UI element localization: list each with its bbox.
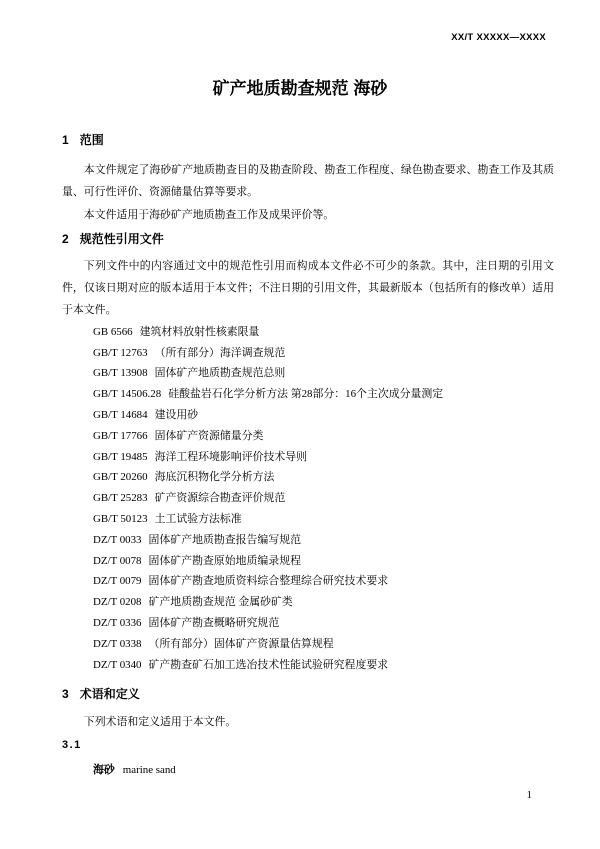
reference-title: 建筑材料放射性核素限量 xyxy=(140,326,260,338)
reference-item: GB/T 14684建设用砂 xyxy=(93,405,554,426)
section-2-heading: 2规范性引用文件 xyxy=(62,232,554,247)
reference-item: GB/T 12763（所有部分）海洋调查规范 xyxy=(93,343,554,364)
reference-item: GB/T 50123土工试验方法标准 xyxy=(93,509,554,530)
reference-code: GB 6566 xyxy=(93,326,133,338)
document-body: 1范围 本文件规定了海砂矿产地质勘查目的及勘查阶段、勘查工作程度、绿色勘查要求、… xyxy=(62,130,554,781)
reference-code: GB/T 12763 xyxy=(93,347,148,359)
reference-item: GB/T 14506.28硅酸盐岩石化学分析方法 第28部分：16个主次成分量测… xyxy=(93,384,554,405)
reference-title: 矿产资源综合勘查评价规范 xyxy=(155,492,286,504)
reference-item: DZ/T 0208矿产地质勘查规范 金属砂矿类 xyxy=(93,592,554,613)
section-1-heading: 1范围 xyxy=(62,133,554,148)
reference-code: GB/T 14506.28 xyxy=(93,388,161,400)
references-intro-paragraph: 下列文件中的内容通过文中的规范性引用而构成本文件必不可少的条款。其中，注日期的引… xyxy=(62,255,554,322)
reference-title: 硅酸盐岩石化学分析方法 第28部分：16个主次成分量测定 xyxy=(168,388,443,400)
reference-title: 海底沉积物化学分析方法 xyxy=(155,471,275,483)
page-number: 1 xyxy=(527,789,533,802)
reference-title: 矿产勘查矿石加工选冶技术性能试验研究程度要求 xyxy=(149,659,389,671)
term-name-en: marine sand xyxy=(123,764,176,776)
reference-title: 土工试验方法标准 xyxy=(155,513,242,525)
reference-code: GB/T 50123 xyxy=(93,513,148,525)
reference-code: DZ/T 0078 xyxy=(93,555,142,567)
reference-item: DZ/T 0338（所有部分）固体矿产资源量估算规程 xyxy=(93,634,554,655)
reference-item: GB/T 17766固体矿产资源储量分类 xyxy=(93,426,554,447)
section-title: 术语和定义 xyxy=(80,687,140,701)
reference-code: DZ/T 0033 xyxy=(93,534,142,546)
reference-list: GB 6566建筑材料放射性核素限量GB/T 12763（所有部分）海洋调查规范… xyxy=(62,322,554,676)
reference-code: DZ/T 0338 xyxy=(93,638,142,650)
reference-code: GB/T 20260 xyxy=(93,471,148,483)
reference-title: 固体矿产勘查原始地质编录规程 xyxy=(149,555,301,567)
reference-code: DZ/T 0079 xyxy=(93,575,142,587)
section-title: 范围 xyxy=(80,133,104,147)
reference-code: GB/T 25283 xyxy=(93,492,148,504)
reference-item: DZ/T 0078固体矿产勘查原始地质编录规程 xyxy=(93,551,554,572)
standard-code-header: XX/T XXXXX—XXXX xyxy=(451,32,546,43)
reference-code: DZ/T 0340 xyxy=(93,659,142,671)
section-number: 1 xyxy=(62,133,69,147)
reference-code: DZ/T 0336 xyxy=(93,617,142,629)
section-3-heading: 3术语和定义 xyxy=(62,687,554,702)
reference-code: GB/T 19485 xyxy=(93,451,148,463)
reference-title: 固体矿产勘查地质资料综合整理综合研究技术要求 xyxy=(149,575,389,587)
reference-item: GB/T 20260海底沉积物化学分析方法 xyxy=(93,467,554,488)
reference-code: GB/T 14684 xyxy=(93,409,148,421)
reference-title: 固体矿产地质勘查规范总则 xyxy=(155,367,286,379)
reference-title: 海洋工程环境影响评价技术导则 xyxy=(155,451,307,463)
term-definition: 海砂marine sand xyxy=(62,759,554,781)
reference-title: 固体矿产勘查概略研究规范 xyxy=(149,617,280,629)
section-number: 2 xyxy=(62,232,69,246)
section-title: 规范性引用文件 xyxy=(80,232,164,246)
term-name-zh: 海砂 xyxy=(93,764,115,776)
reference-item: DZ/T 0079固体矿产勘查地质资料综合整理综合研究技术要求 xyxy=(93,571,554,592)
reference-item: GB/T 13908固体矿产地质勘查规范总则 xyxy=(93,363,554,384)
reference-item: GB/T 19485海洋工程环境影响评价技术导则 xyxy=(93,447,554,468)
section-number: 3 xyxy=(62,687,69,701)
reference-title: 矿产地质勘查规范 金属砂矿类 xyxy=(149,596,293,608)
reference-title: 固体矿产资源储量分类 xyxy=(155,430,264,442)
scope-paragraph-2: 本文件适用于海砂矿产地质勘查工作及成果评价等。 xyxy=(62,204,554,226)
reference-title: （所有部分）海洋调查规范 xyxy=(155,347,286,359)
reference-code: GB/T 13908 xyxy=(93,367,148,379)
document-title: 矿产地质勘查规范 海砂 xyxy=(0,79,600,99)
reference-item: DZ/T 0033固体矿产地质勘查报告编写规范 xyxy=(93,530,554,551)
reference-title: 固体矿产地质勘查报告编写规范 xyxy=(149,534,301,546)
reference-item: DZ/T 0340矿产勘查矿石加工选冶技术性能试验研究程度要求 xyxy=(93,655,554,676)
terms-intro-paragraph: 下列术语和定义适用于本文件。 xyxy=(62,711,554,733)
reference-title: 建设用砂 xyxy=(155,409,199,421)
reference-code: DZ/T 0208 xyxy=(93,596,142,608)
reference-title: （所有部分）固体矿产资源量估算规程 xyxy=(149,638,334,650)
reference-item: GB 6566建筑材料放射性核素限量 xyxy=(93,322,554,343)
scope-paragraph-1: 本文件规定了海砂矿产地质勘查目的及勘查阶段、勘查工作程度、绿色勘查要求、勘查工作… xyxy=(62,159,554,204)
reference-code: GB/T 17766 xyxy=(93,430,148,442)
term-number: 3.1 xyxy=(62,738,554,753)
reference-item: DZ/T 0336固体矿产勘查概略研究规范 xyxy=(93,613,554,634)
document-page: XX/T XXXXX—XXXX 矿产地质勘查规范 海砂 1范围 本文件规定了海砂… xyxy=(0,0,600,849)
reference-item: GB/T 25283矿产资源综合勘查评价规范 xyxy=(93,488,554,509)
